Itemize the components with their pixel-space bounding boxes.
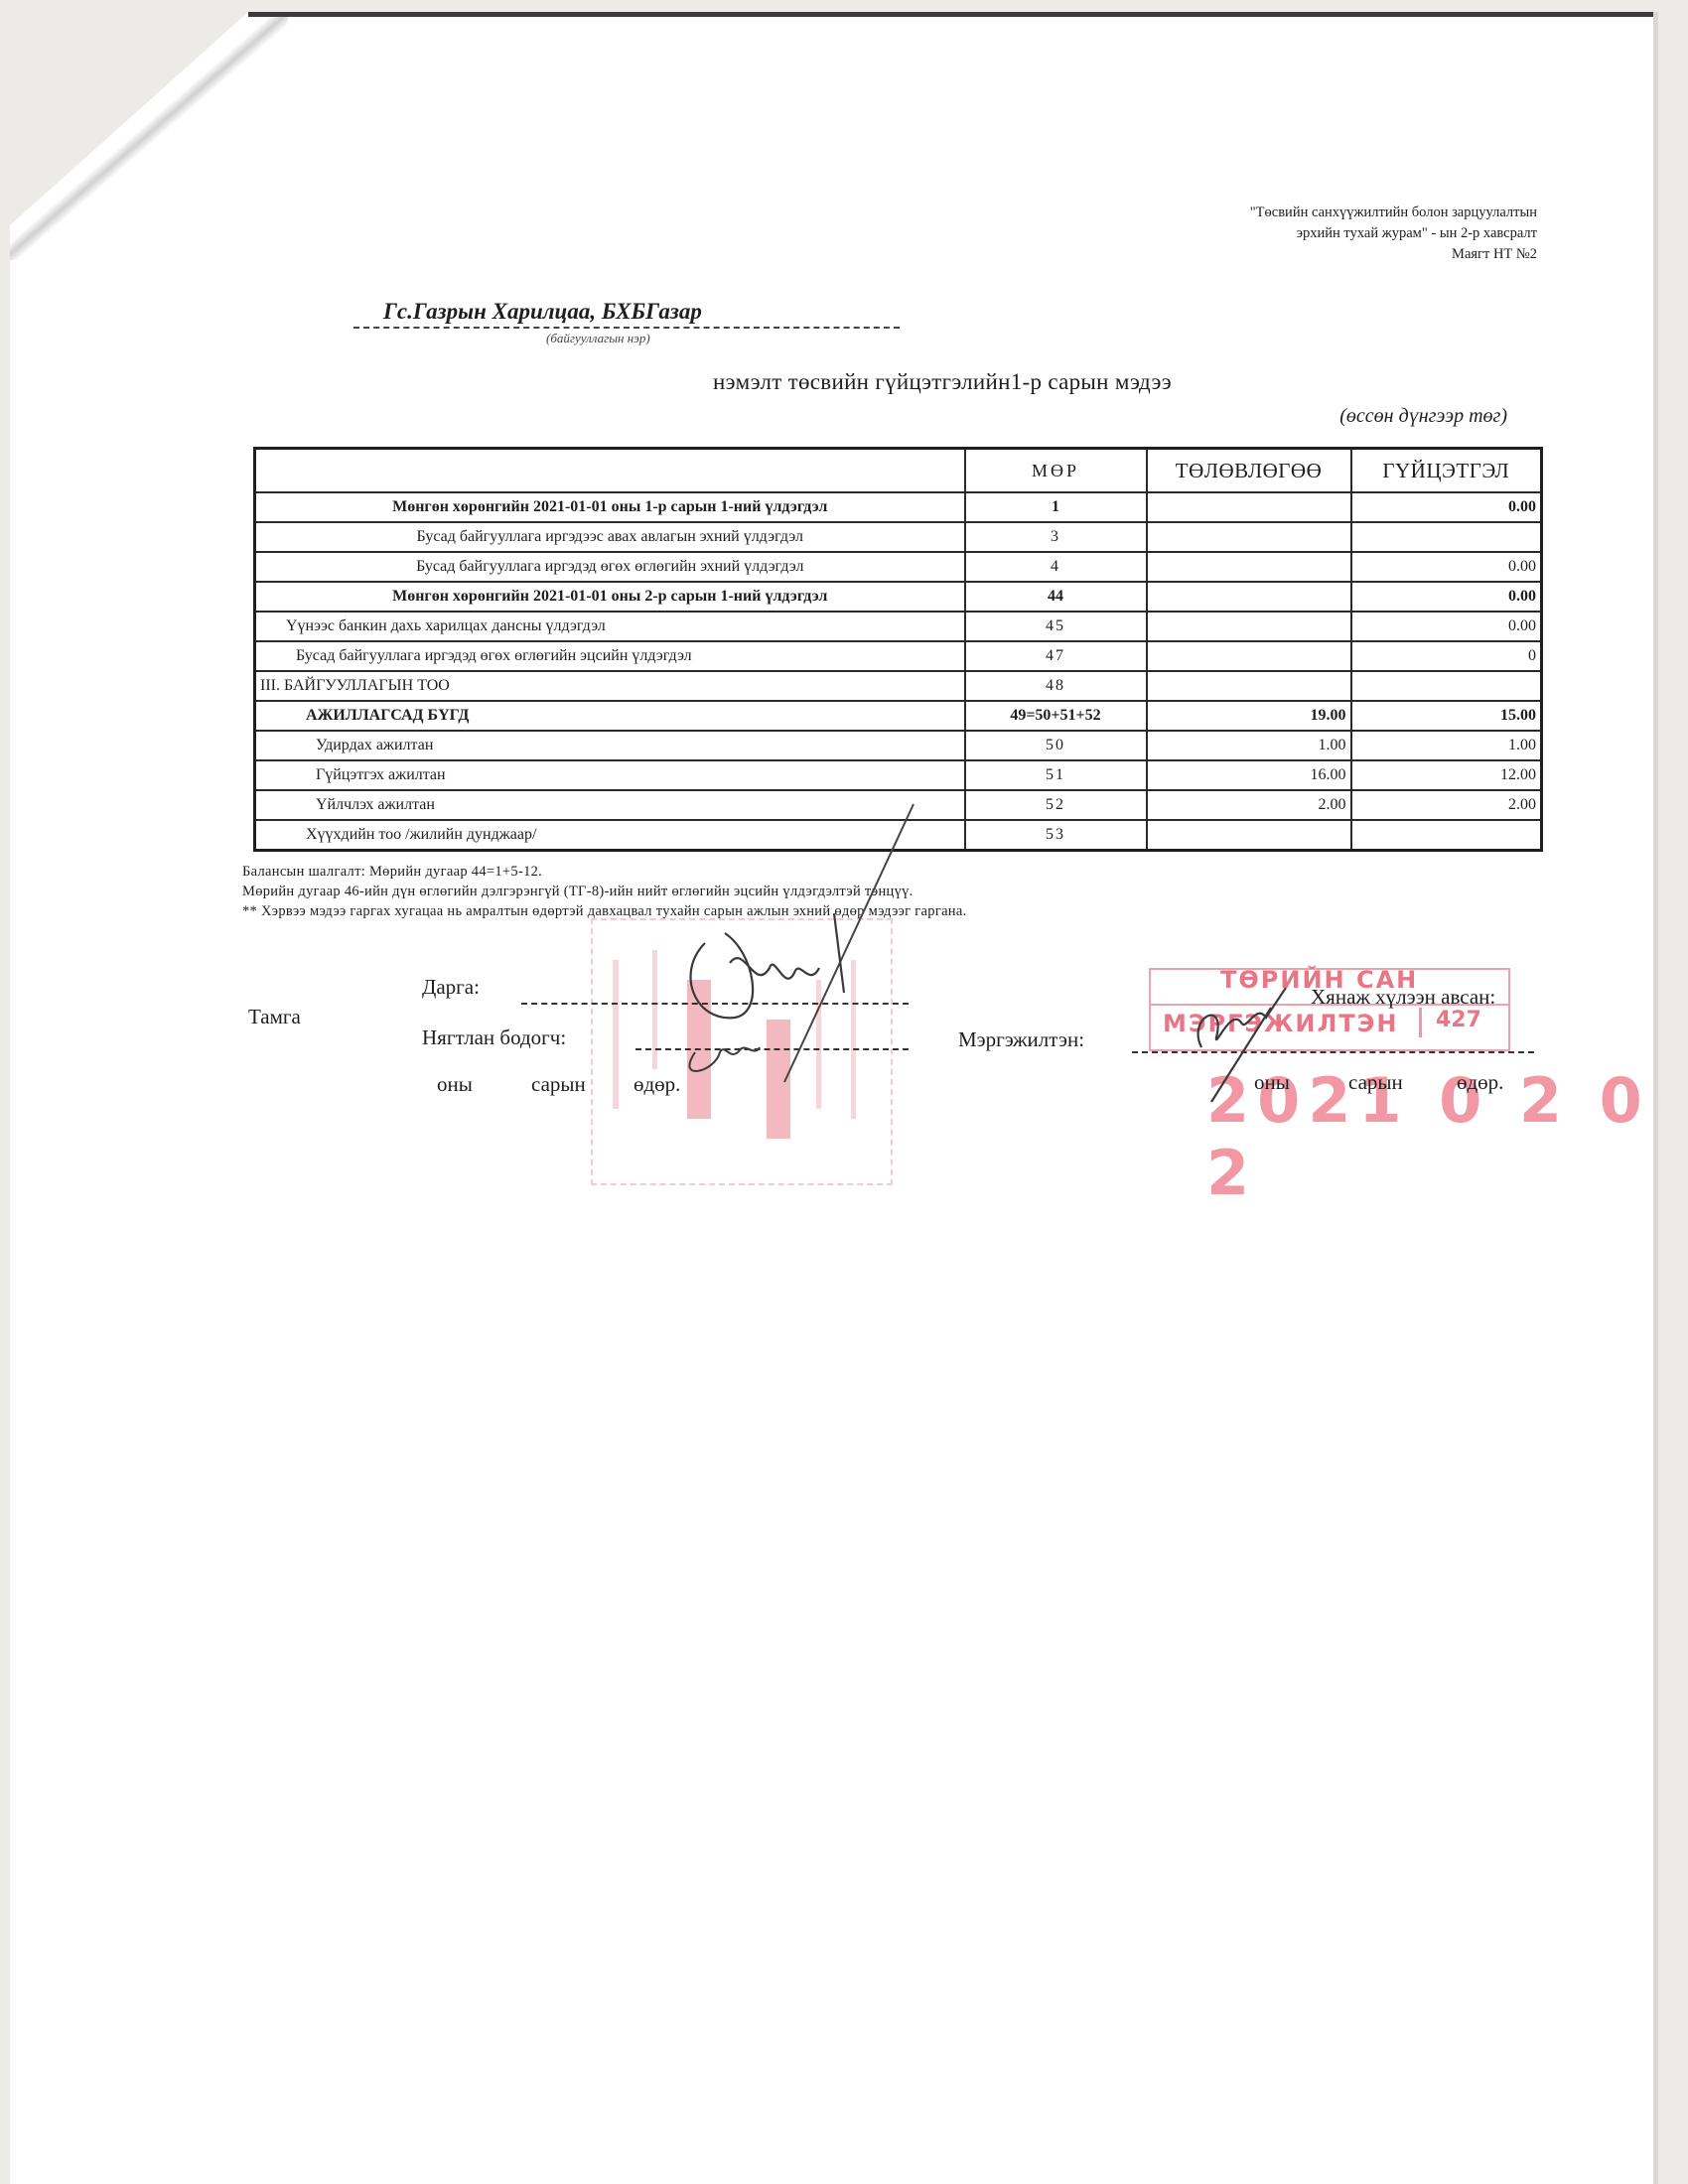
appendix-line-1: "Төсвийн санхүүжилтийн болон зарцуулалты… bbox=[1250, 203, 1537, 223]
row-number: 50 bbox=[965, 731, 1147, 760]
actual-value: 0.00 bbox=[1351, 492, 1542, 522]
report-table: МӨР ТӨЛӨВЛӨГӨӨ ГҮЙЦЭТГЭЛ Мөнгөн хөрөнгий… bbox=[253, 447, 1543, 852]
row-label: Удирдах ажилтан bbox=[255, 731, 965, 760]
actual-value bbox=[1351, 522, 1542, 552]
plan-value bbox=[1147, 492, 1351, 522]
plan-value: 2.00 bbox=[1147, 790, 1351, 820]
actual-value: 1.00 bbox=[1351, 731, 1542, 760]
actual-value bbox=[1351, 671, 1542, 701]
table-row: АЖИЛЛАГСАД БҮГД49=50+51+5219.0015.00 bbox=[255, 701, 1542, 731]
row-number: 48 bbox=[965, 671, 1147, 701]
row-label: Үүнээс банкин дахь харилцах дансны үлдэг… bbox=[255, 612, 965, 641]
plan-value: 19.00 bbox=[1147, 701, 1351, 731]
form-code: Маягт НТ №2 bbox=[1250, 244, 1537, 265]
actual-value: 0.00 bbox=[1351, 582, 1542, 612]
actual-value: 12.00 bbox=[1351, 760, 1542, 790]
row-label: Бусад байгууллага иргэдэд өгөх өглөгийн … bbox=[255, 552, 965, 582]
row-label: Гүйцэтгэх ажилтан bbox=[255, 760, 965, 790]
specialist-date-month-label: сарын bbox=[1348, 1070, 1403, 1095]
organization-name: Гс.Газрын Харилцаа, БХБГазар bbox=[353, 297, 900, 329]
row-number: 45 bbox=[965, 612, 1147, 641]
column-header-actual: ГҮЙЦЭТГЭЛ bbox=[1351, 449, 1542, 493]
plan-value bbox=[1147, 671, 1351, 701]
specialist-signature-icon bbox=[1187, 978, 1306, 1107]
row-label: Бусад байгууллага иргэдэд өгөх өглөгийн … bbox=[255, 641, 965, 671]
row-number: 1 bbox=[965, 492, 1147, 522]
actual-value: 15.00 bbox=[1351, 701, 1542, 731]
accountant-label: Нягтлан бодогч: bbox=[422, 1025, 566, 1050]
plan-value bbox=[1147, 552, 1351, 582]
date-year-label: оны bbox=[437, 1072, 473, 1097]
column-header-label bbox=[255, 449, 965, 493]
row-label: Мөнгөн хөрөнгийн 2021-01-01 оны 1-р сары… bbox=[255, 492, 965, 522]
table-row: Мөнгөн хөрөнгийн 2021-01-01 оны 2-р сары… bbox=[255, 582, 1542, 612]
table-row: Бусад байгууллага иргэдээс авах авлагын … bbox=[255, 522, 1542, 552]
report-title: нэмэлт төсвийн гүйцэтгэлийн1-р сарын мэд… bbox=[713, 369, 1172, 395]
folded-corner bbox=[10, 12, 288, 260]
row-label: Бусад байгууллага иргэдээс авах авлагын … bbox=[255, 522, 965, 552]
table-row: Бусад байгууллага иргэдэд өгөх өглөгийн … bbox=[255, 641, 1542, 671]
director-signature-icon bbox=[635, 794, 933, 1092]
actual-value: 2.00 bbox=[1351, 790, 1542, 820]
row-number: 47 bbox=[965, 641, 1147, 671]
seal-label: Тамга bbox=[248, 1005, 301, 1029]
actual-value: 0 bbox=[1351, 641, 1542, 671]
row-number: 52 bbox=[965, 790, 1147, 820]
organization-caption: (байгууллагын нэр) bbox=[546, 331, 650, 346]
plan-value bbox=[1147, 820, 1351, 851]
row-number: 4 bbox=[965, 552, 1147, 582]
specialist-label: Мэргэжилтэн: bbox=[958, 1027, 1084, 1052]
row-label: Мөнгөн хөрөнгийн 2021-01-01 оны 2-р сары… bbox=[255, 582, 965, 612]
column-header-row-no: МӨР bbox=[965, 449, 1147, 493]
row-number: 44 bbox=[965, 582, 1147, 612]
row-number: 53 bbox=[965, 820, 1147, 851]
actual-value: 0.00 bbox=[1351, 612, 1542, 641]
plan-value: 16.00 bbox=[1147, 760, 1351, 790]
director-label: Дарга: bbox=[422, 975, 480, 1000]
units-note: (өссөн дүнгээр төг) bbox=[1339, 405, 1507, 428]
page-top-edge bbox=[248, 12, 1654, 17]
plan-value bbox=[1147, 612, 1351, 641]
column-header-plan: ТӨЛӨВЛӨГӨӨ bbox=[1147, 449, 1351, 493]
row-number: 51 bbox=[965, 760, 1147, 790]
table-row: Бусад байгууллага иргэдэд өгөх өглөгийн … bbox=[255, 552, 1542, 582]
appendix-line-2: эрхийн тухай журам" - ын 2-р хавсралт bbox=[1250, 223, 1537, 244]
row-number: 3 bbox=[965, 522, 1147, 552]
specialist-date-day-label: өдөр. bbox=[1457, 1070, 1503, 1095]
table-row: III. БАЙГУУЛЛАГЫН ТОО48 bbox=[255, 671, 1542, 701]
actual-value: 0.00 bbox=[1351, 552, 1542, 582]
row-label: III. БАЙГУУЛЛАГЫН ТОО bbox=[255, 671, 965, 701]
table-row: Удирдах ажилтан501.001.00 bbox=[255, 731, 1542, 760]
date-month-label: сарын bbox=[531, 1072, 586, 1097]
table-row: Мөнгөн хөрөнгийн 2021-01-01 оны 1-р сары… bbox=[255, 492, 1542, 522]
table-row: Үүнээс банкин дахь харилцах дансны үлдэг… bbox=[255, 612, 1542, 641]
row-number: 49=50+51+52 bbox=[965, 701, 1147, 731]
plan-value: 1.00 bbox=[1147, 731, 1351, 760]
plan-value bbox=[1147, 582, 1351, 612]
row-label: АЖИЛЛАГСАД БҮГД bbox=[255, 701, 965, 731]
appendix-reference: "Төсвийн санхүүжилтийн болон зарцуулалты… bbox=[1250, 203, 1537, 265]
plan-value bbox=[1147, 641, 1351, 671]
treasury-stamp-number: 427 bbox=[1419, 1008, 1481, 1037]
received-label: Хянаж хүлээн авсан: bbox=[1311, 985, 1495, 1010]
table-header-row: МӨР ТӨЛӨВЛӨГӨӨ ГҮЙЦЭТГЭЛ bbox=[255, 449, 1542, 493]
actual-value bbox=[1351, 820, 1542, 851]
plan-value bbox=[1147, 522, 1351, 552]
table-row: Гүйцэтгэх ажилтан5116.0012.00 bbox=[255, 760, 1542, 790]
